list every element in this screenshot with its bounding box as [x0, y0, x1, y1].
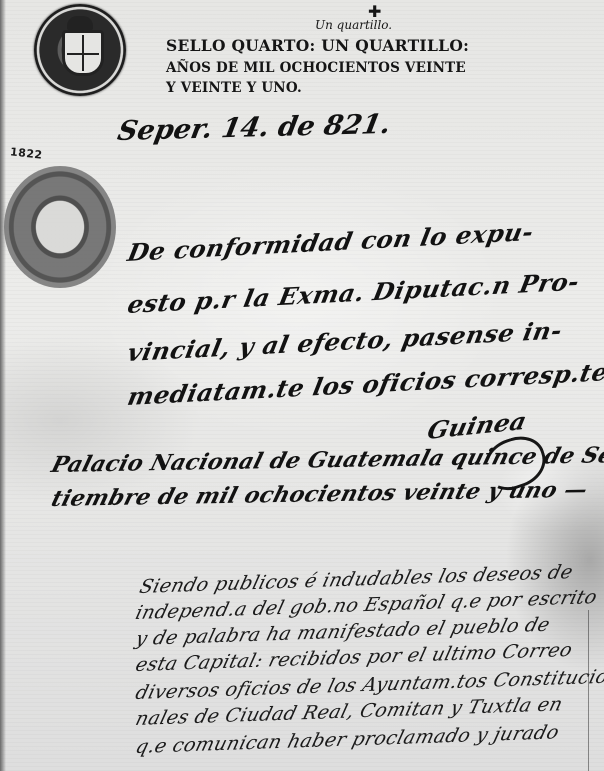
page-edge-shadow: [0, 0, 6, 771]
stamp-denomination: Un quartillo.: [315, 18, 392, 32]
margin-fold-line: [588, 610, 589, 771]
stamp-heading-line-2: AÑOS DE MIL OCHOCIENTOS VEINTE: [166, 60, 466, 76]
oval-ink-stamp-icon: [4, 166, 116, 288]
stamp-heading-line-1: SELLO QUARTO: UN QUARTILLO:: [166, 36, 469, 55]
shield-icon: [62, 30, 104, 76]
royal-coat-of-arms-seal-icon: [34, 4, 126, 96]
crown-icon: [67, 16, 93, 30]
stamp-heading-line-3: Y VEINTE Y UNO.: [166, 80, 302, 96]
